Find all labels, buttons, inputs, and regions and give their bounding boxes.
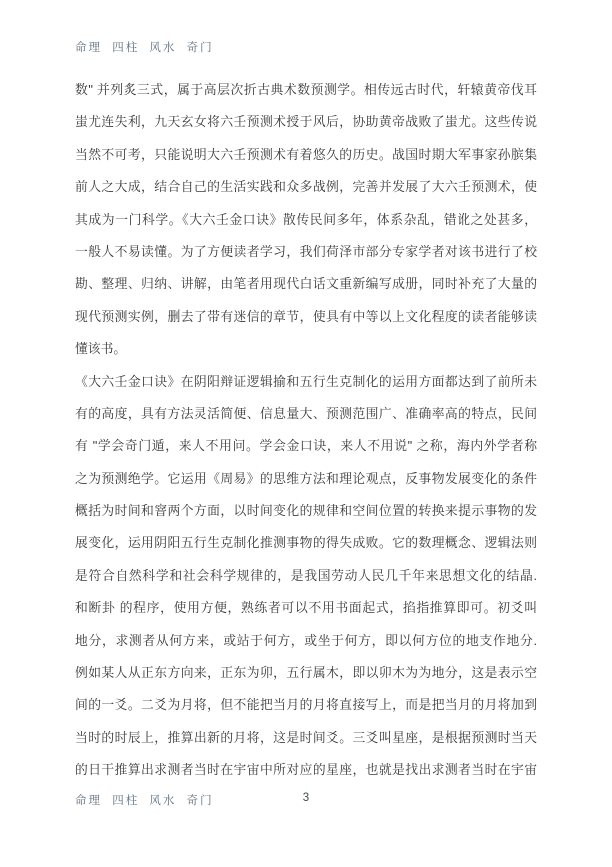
body-text: 数" 并列炙三式，属于高层次折古典术数预测学。相传远古时代，轩辕黄帝伐耳蚩尤连失… <box>75 74 537 787</box>
body-line: 当然不可考，只能说明大六壬预测术有着悠久的历史。战国时期大军事家孙膑集 <box>75 139 537 171</box>
body-line: 之为预测绝学。它运用《周易》的思维方法和理论观点，反事物发展变化的条件 <box>75 463 537 495</box>
page-footer: 命理 四柱 风水 奇门 3 <box>75 792 537 812</box>
body-line: 前人之大成，结合自己的生活实践和众多战例，完善并发展了大六壬预测术，使 <box>75 171 537 203</box>
body-line: 是符合自然科学和社会科学规律的，是我国劳动人民几千年来思想文化的结晶. <box>75 560 537 592</box>
body-line: 当时的时辰上，推算出新的月将，这是时间爻。三爻叫星座，是根据预测时当天 <box>75 722 537 754</box>
body-line: 蚩尤连失利，九天玄女将六壬预测术授于风后，协助黄帝战败了蚩尤。这些传说 <box>75 106 537 138</box>
body-line: 例如某人从正东方向来，正东为卯，五行属木，即以卯木为为地分，这是表示空 <box>75 657 537 689</box>
body-line: 现代预测实例，删去了带有迷信的章节，使具有中等以上文化程度的读者能够读 <box>75 301 537 333</box>
page-number: 3 <box>75 792 537 804</box>
body-line: 展变化，运用阴阳五行生克制化推测事物的得失成败。它的数理概念、逻辑法则 <box>75 527 537 559</box>
body-line: 的日干推算出求测者当时在宇宙中所对应的星座，也就是找出求测者当时在宇宙 <box>75 754 537 786</box>
body-line: 间的一爻。二爻为月将，但不能把当月的月将直接写上，而是把当月的月将加到 <box>75 689 537 721</box>
header-text: 命理 四柱 风水 奇门 <box>75 42 214 54</box>
body-line: 其成为一门科学。《大六壬金口诀》散传民间多年，体系杂乱，错讹之处甚多， <box>75 204 537 236</box>
page-header: 命理 四柱 风水 奇门 <box>75 39 537 55</box>
body-line: 有的高度，具有方法灵活简便、信息量大、预测范围广、准确率高的特点，民间 <box>75 398 537 430</box>
body-line: 《大六壬金口诀》在阴阳辩证逻辑揄和五行生克制化的运用方面都达到了前所未 <box>75 366 537 398</box>
body-line: 懂该书。 <box>75 333 537 365</box>
body-line: 有 "学会奇门遁，来人不用问。学会金口诀，来人不用说" 之称，海内外学者称 <box>75 430 537 462</box>
body-line: 地分，求测者从何方来，或站于何方，或坐于何方，即以何方位的地支作地分. <box>75 625 537 657</box>
body-line: 一般人不易读懂。为了方便读者学习，我们荷泽市部分专家学者对该书进行了校 <box>75 236 537 268</box>
body-line: 和断卦 的程序，使用方便，熟练者可以不用书面起式，掐指推算即可。初爻叫 <box>75 592 537 624</box>
body-line: 概括为时间和窨两个方面，以时间变化的规律和空间位置的转换来提示事物的发 <box>75 495 537 527</box>
document-page: 命理 四柱 风水 奇门 数" 并列炙三式，属于高层次折古典术数预测学。相传远古时… <box>0 0 612 867</box>
body-line: 勘、整理、归纳、讲解，由笔者用现代白话文重新编写成册，同时补充了大量的 <box>75 268 537 300</box>
body-line: 数" 并列炙三式，属于高层次折古典术数预测学。相传远古时代，轩辕黄帝伐耳 <box>75 74 537 106</box>
